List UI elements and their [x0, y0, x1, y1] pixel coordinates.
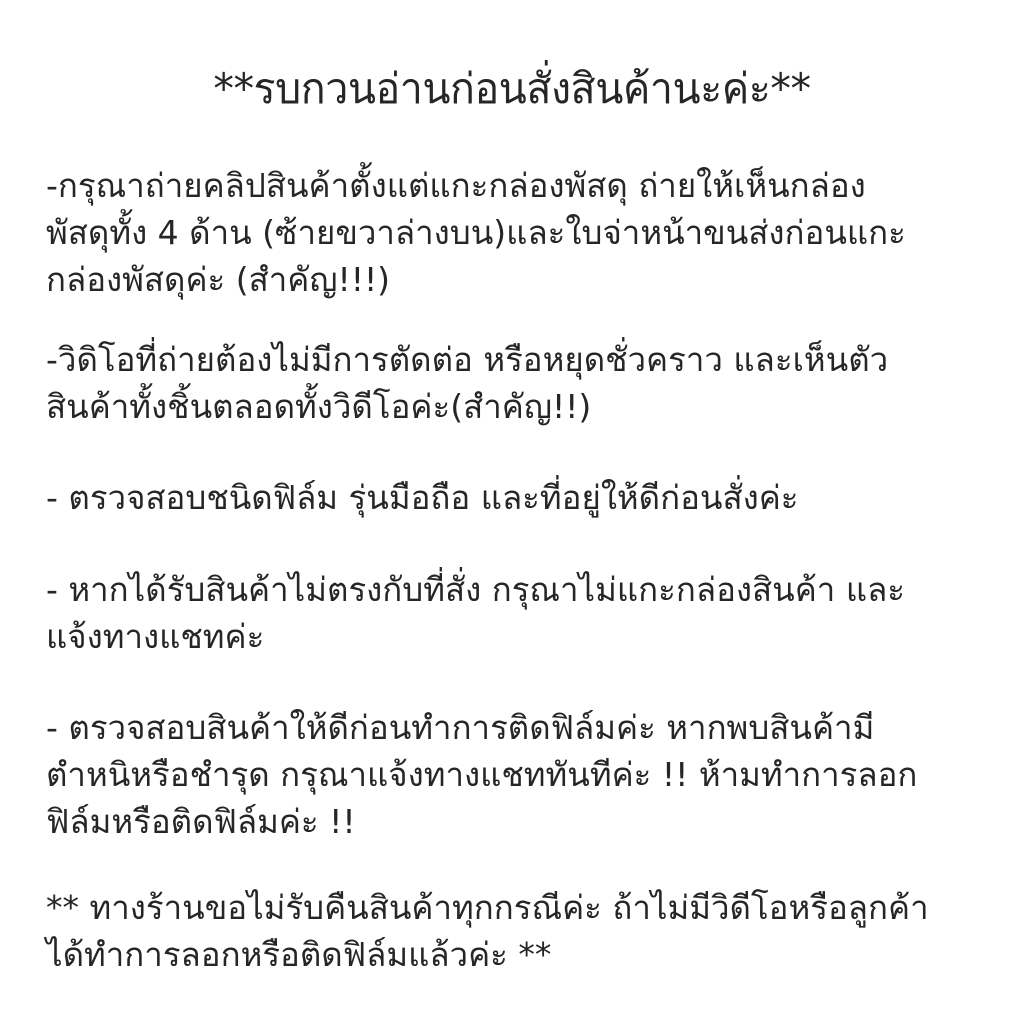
notice-check-order: - ตรวจสอบชนิดฟิล์ม รุ่นมือถือ และที่อยู่… [46, 474, 996, 521]
notice-video-no-cuts: -วิดิโอที่ถ่ายต้องไม่มีการตัดต่อ หรือหยุ… [46, 336, 996, 430]
notice-line: - หากได้รับสินค้าไม่ตรงกับที่สั่ง กรุณาไ… [46, 566, 996, 613]
notice-title: **รบกวนอ่านก่อนสั่งสินค้านะค่ะ** [10, 58, 1014, 120]
notice-inspect-before-apply: - ตรวจสอบสินค้าให้ดีก่อนทำการติดฟิล์มค่ะ… [46, 704, 996, 845]
notice-line: ฟิล์มหรือติดฟิล์มค่ะ !! [46, 798, 996, 845]
notice-line: พัสดุทั้ง 4 ด้าน (ซ้ายขวาล่างบน)และใบจ่า… [46, 209, 996, 256]
notice-line: สินค้าทั้งชิ้นตลอดทั้งวิดีโอค่ะ(สำคัญ!!) [46, 383, 996, 430]
notice-line: ** ทางร้านขอไม่รับคืนสินค้าทุกกรณีค่ะ ถ้… [46, 884, 996, 931]
notice-no-returns: ** ทางร้านขอไม่รับคืนสินค้าทุกกรณีค่ะ ถ้… [46, 884, 996, 978]
notice-line: -กรุณาถ่ายคลิปสินค้าตั้งแต่แกะกล่องพัสดุ… [46, 162, 996, 209]
notice-unboxing-video: -กรุณาถ่ายคลิปสินค้าตั้งแต่แกะกล่องพัสดุ… [46, 162, 996, 303]
notice-line: กล่องพัสดุค่ะ (สำคัญ!!!) [46, 256, 996, 303]
notice-line: แจ้งทางแชทค่ะ [46, 613, 996, 660]
notice-wrong-item: - หากได้รับสินค้าไม่ตรงกับที่สั่ง กรุณาไ… [46, 566, 996, 660]
notice-line: - ตรวจสอบสินค้าให้ดีก่อนทำการติดฟิล์มค่ะ… [46, 704, 996, 751]
notice-line: ตำหนิหรือชำรุด กรุณาแจ้งทางแชททันทีค่ะ !… [46, 751, 996, 798]
notice-line: -วิดิโอที่ถ่ายต้องไม่มีการตัดต่อ หรือหยุ… [46, 336, 996, 383]
notice-line: ได้ทำการลอกหรือติดฟิล์มแล้วค่ะ ** [46, 931, 996, 978]
notice-line: - ตรวจสอบชนิดฟิล์ม รุ่นมือถือ และที่อยู่… [46, 474, 996, 521]
